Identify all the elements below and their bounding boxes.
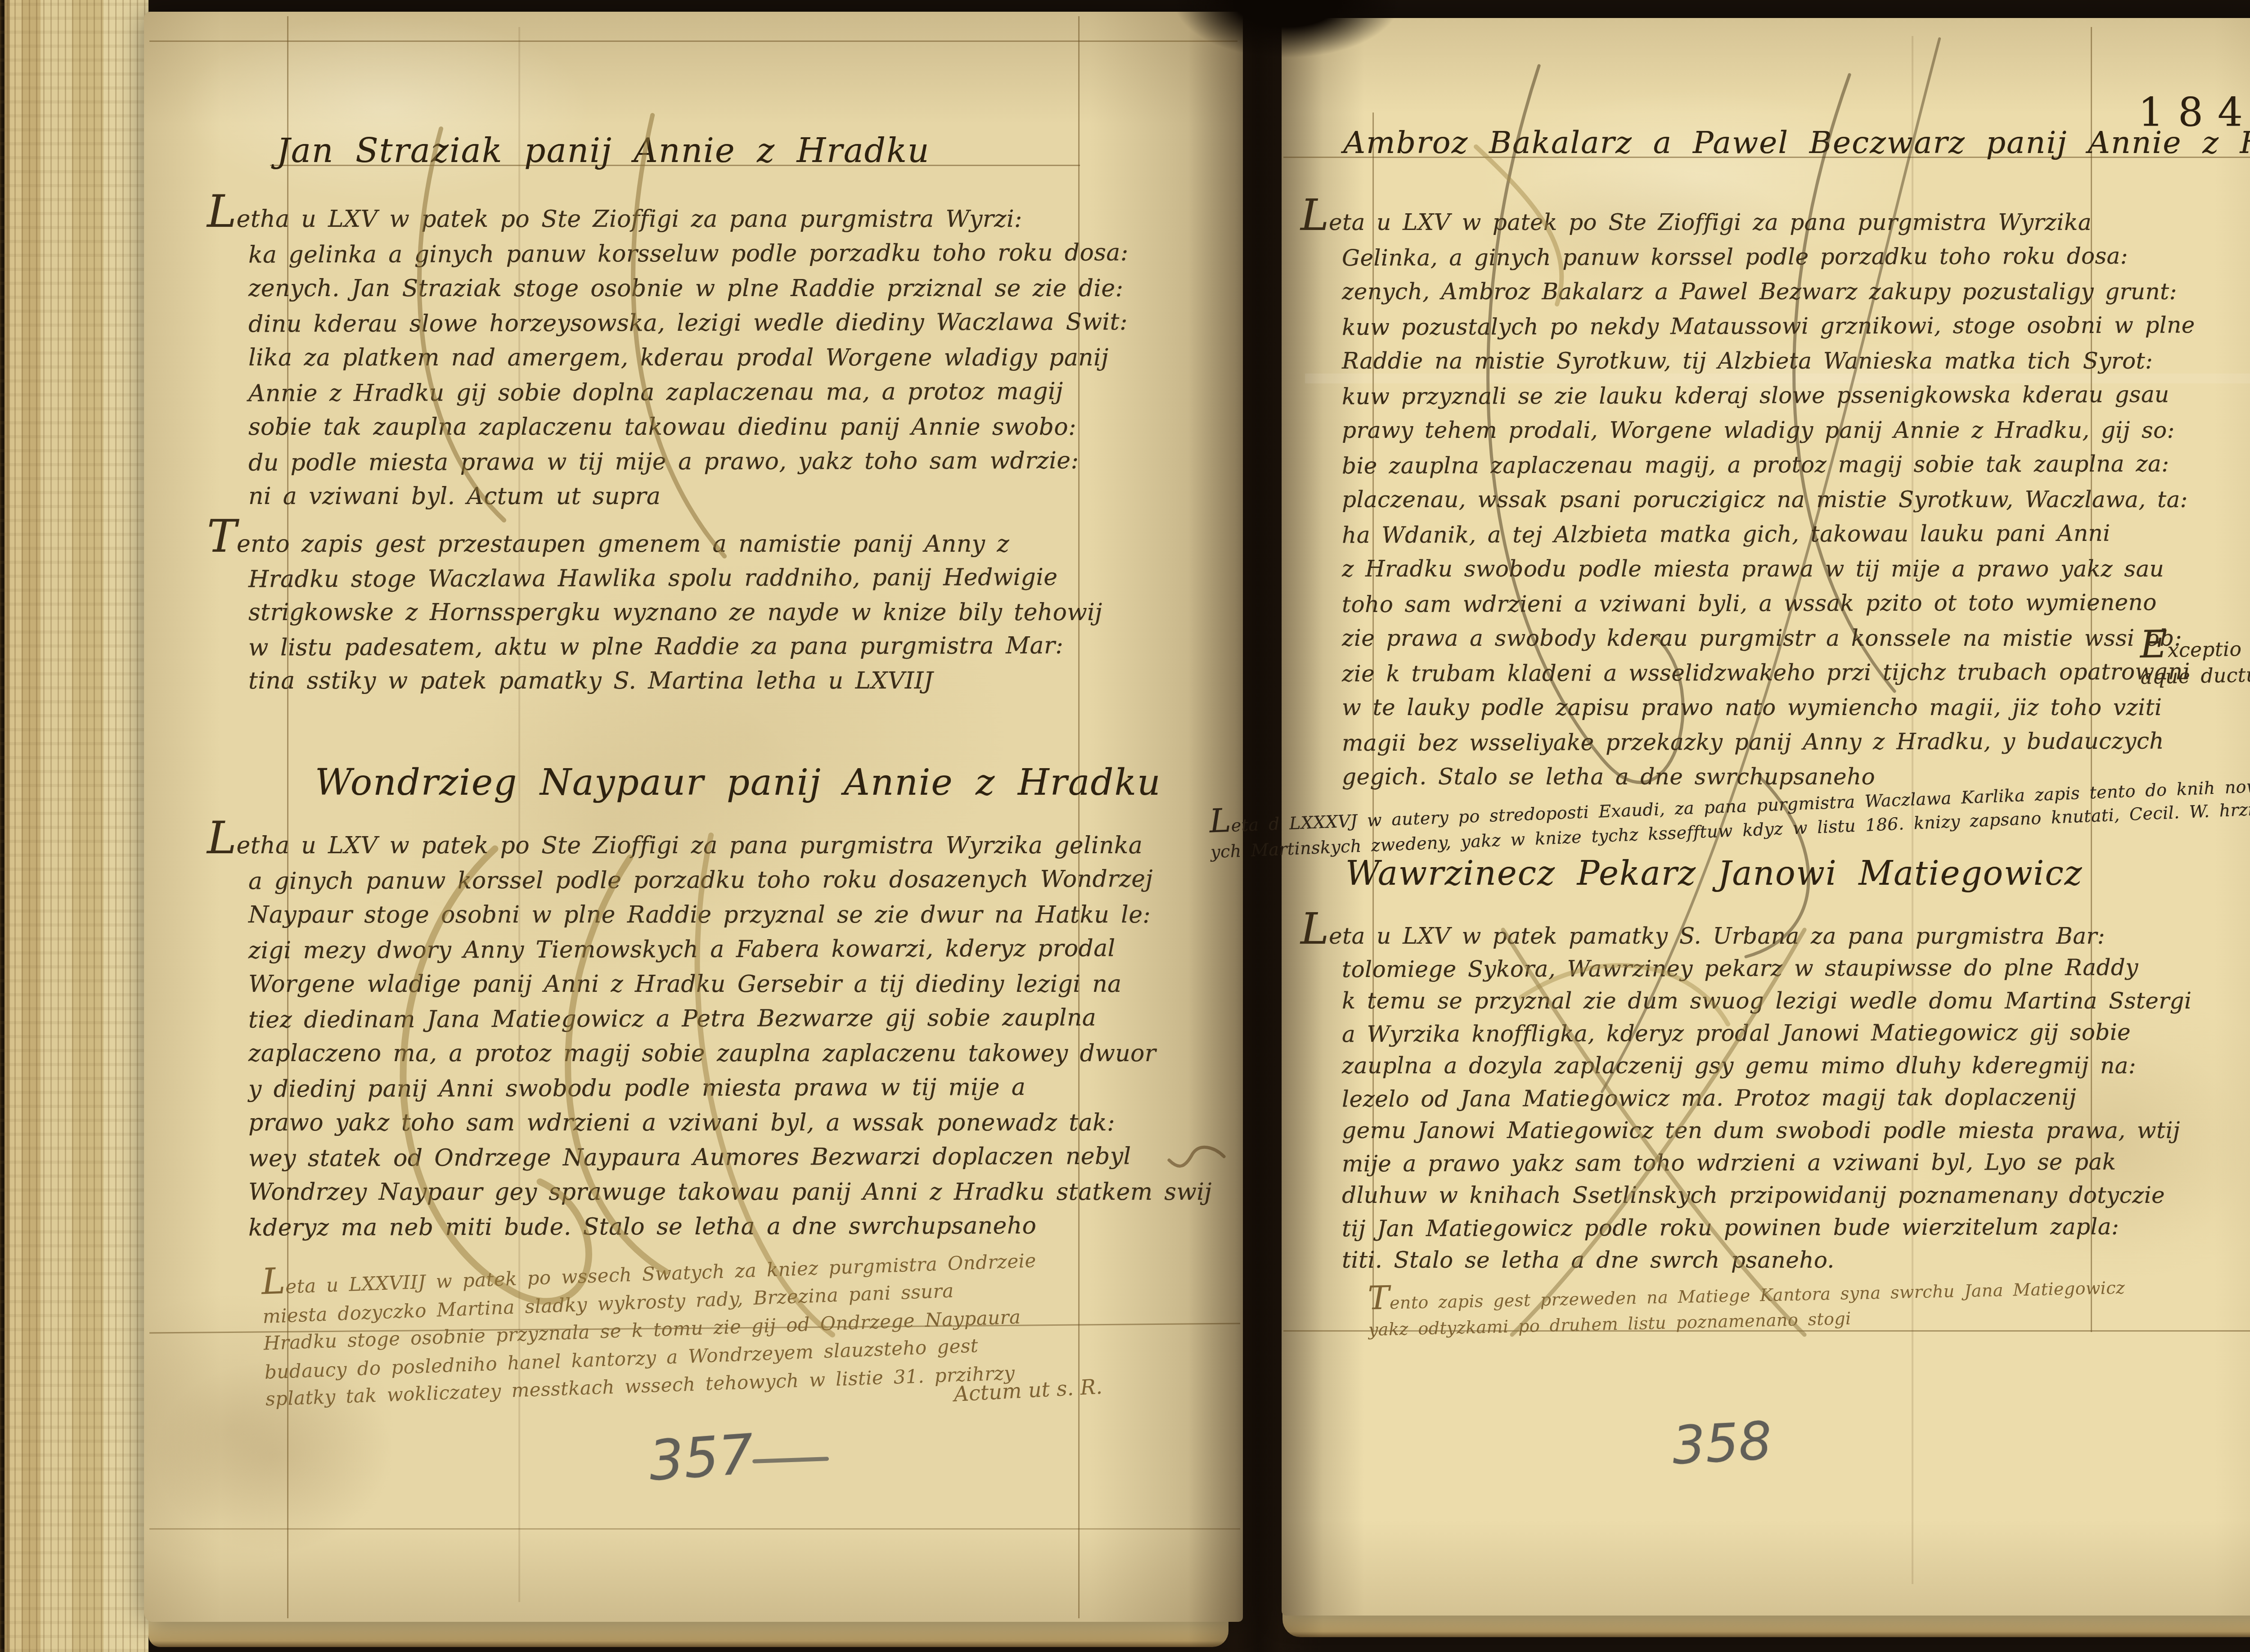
manuscript-line: ha Wdanik, a tej Alzbieta matka gich, ta… <box>1342 516 2089 553</box>
manuscript-line: kuw pozustalych po nekdy Mataussowi grzn… <box>1342 308 2089 345</box>
entry-body: Letha u LXV w patek po Ste Zioffigi za p… <box>248 823 1106 1244</box>
manuscript-line: Wondrzey Naypaur gey sprawuge takowau pa… <box>248 1175 1106 1210</box>
manuscript-line: prawo yakz toho sam wdrzieni a vziwani b… <box>248 1106 1106 1140</box>
entry-note: Tento zapis gest przestaupen gmenem a na… <box>248 521 1103 698</box>
manuscript-line: lika za platkem nad amergem, kderau prod… <box>248 341 1103 375</box>
entry-heading: Jan Straziak panij Annie z Hradku <box>277 131 930 170</box>
manuscript-line: Letha u LXV w patek po Ste Zioffigi za p… <box>207 196 1103 237</box>
manuscript-line: sobie tak zauplna zaplaczenu takowau die… <box>248 410 1103 445</box>
manuscript-line: placzenau, wssak psani poruczigicz na mi… <box>1342 482 2089 517</box>
ruled-line <box>149 41 1237 42</box>
manuscript-line: toho sam wdrzieni a vziwani byli, a wssa… <box>1342 585 2089 622</box>
manuscript-line: dinu kderau slowe horzeysowska, lezigi w… <box>248 305 1103 342</box>
manuscript-line: ka gelinka a ginych panuw korsseluw podl… <box>248 236 1103 273</box>
manuscript-line: zaplaczeno ma, a protoz magij sobie zaup… <box>248 1036 1106 1071</box>
entry-heading: Wawrzinecz Pekarz Janowi Matiegowicz <box>1345 854 2083 893</box>
entry-body: Letha u LXV w patek po Ste Zioffigi za p… <box>248 196 1103 514</box>
manuscript-line: a Wyrzika knoffligka, kderyz prodal Jano… <box>1342 1016 2091 1050</box>
manuscript-line: bie zauplna zaplaczenau magij, a protoz … <box>1342 447 2089 483</box>
manuscript-line: titi. Stalo se letha a dne swrch psaneho… <box>1342 1244 2091 1276</box>
manuscript-line: Gelinka, a ginych panuw korssel podle po… <box>1342 239 2089 275</box>
manuscript-line: a ginych panuw korssel podle porzadku to… <box>248 862 1106 899</box>
manuscript-line: kderyz ma neb miti bude. Stalo se letha … <box>248 1209 1106 1246</box>
manuscript-line: kuw przyznali se zie lauku kderaj slowe … <box>1342 378 2089 414</box>
manuscript-line: zie prawa a swobody kderau purgmistr a k… <box>1342 621 2089 656</box>
book-photo: Jan Straziak panij Annie z Hradku Letha … <box>0 0 2250 1652</box>
ruled-line <box>149 1528 1240 1530</box>
manuscript-line: Tento zapis gest przestaupen gmenem a na… <box>207 521 1103 561</box>
entry-heading: Ambroz Bakalarz a Pawel Beczwarz panij A… <box>1343 125 2250 161</box>
manuscript-line: wey statek od Ondrzege Naypaura Aumores … <box>248 1139 1106 1176</box>
manuscript-line: Worgene wladige panij Anni z Hradku Gers… <box>248 967 1106 1002</box>
manuscript-line: Leta u LXV w patek po Ste Zioffigi za pa… <box>1300 201 2089 240</box>
manuscript-line: Letha u LXV w patek po Ste Zioffigi za p… <box>207 823 1106 863</box>
manuscript-line: dluhuw w knihach Ssetlinskych przipowida… <box>1342 1179 2091 1211</box>
manuscript-line: magii bez wsseliyake przekazky panij Ann… <box>1342 724 2089 761</box>
manuscript-line: mije a prawo yakz sam toho wdrzieni a vz… <box>1342 1146 2091 1180</box>
entry-body: Leta u LXV w patek pamatky S. Urbana za … <box>1342 914 2091 1276</box>
manuscript-line: w listu padesatem, aktu w plne Raddie za… <box>248 629 1103 665</box>
manuscript-line: Naypaur stoge osobni w plne Raddie przyz… <box>248 898 1106 932</box>
manuscript-line: tiez diedinam Jana Matiegowicz a Petra B… <box>248 1001 1106 1038</box>
manuscript-line: zenych. Jan Straziak stoge osobnie w pln… <box>248 271 1103 306</box>
manuscript-line: Annie z Hradku gij sobie doplna zaplacze… <box>248 374 1103 411</box>
manuscript-line: zenych, Ambroz Bakalarz a Pawel Bezwarz … <box>1342 275 2089 309</box>
entry-body: Leta u LXV w patek po Ste Zioffigi za pa… <box>1342 201 2089 794</box>
manuscript-line: zie k trubam kladeni a wsselidzwakeho pr… <box>1342 655 2089 691</box>
manuscript-line: Exceptio de libertate <box>2140 627 2250 664</box>
manuscript-line: tina sstiky w patek pamatky S. Martina l… <box>248 664 1103 698</box>
manuscript-line: gemu Janowi Matiegowicz ten dum swobodi … <box>1342 1114 2091 1147</box>
margin-note: Exceptio de libertateaque ductus <box>2140 627 2250 690</box>
manuscript-line: zigi mezy dwory Anny Tiemowskych a Faber… <box>248 932 1106 968</box>
entry-heading: Wondrzieg Naypaur panij Annie z Hradku <box>315 761 1161 803</box>
manuscript-line: zauplna a dozyla zaplaczenij gsy gemu mi… <box>1342 1049 2091 1082</box>
manuscript-line: y diedinj panij Anni swobodu podle miest… <box>248 1070 1106 1107</box>
pencil-page-number: 357 <box>647 1422 756 1493</box>
pencil-page-number: 358 <box>1671 1410 1773 1476</box>
manuscript-line: du podle miesta prawa w tij mije a prawo… <box>248 444 1103 481</box>
manuscript-line: tij Jan Matiegowicz podle roku powinen b… <box>1342 1211 2091 1245</box>
manuscript-line: tolomiege Sykora, Wawrziney pekarz w sta… <box>1342 951 2091 986</box>
manuscript-line: prawy tehem prodali, Worgene wladigy pan… <box>1342 413 2089 448</box>
manuscript-line: Raddie na mistie Syrotkuw, tij Alzbieta … <box>1342 344 2089 378</box>
manuscript-line: z Hradku swobodu podle miesta prawa w ti… <box>1342 552 2089 586</box>
manuscript-line: ni a vziwani byl. Actum ut supra <box>248 479 1103 514</box>
manuscript-line: strigkowske z Hornsspergku wyznano ze na… <box>248 595 1103 630</box>
page-stack-left-edge <box>0 0 148 1652</box>
manuscript-line: aque ductus <box>2140 659 2250 690</box>
manuscript-line: k temu se przyznal zie dum swuog lezigi … <box>1342 985 2091 1017</box>
manuscript-line: lezelo od Jana Matiegowicz ma. Protoz ma… <box>1342 1081 2091 1115</box>
manuscript-line: Leta u LXV w patek pamatky S. Urbana za … <box>1300 914 2091 952</box>
manuscript-line: Hradku stoge Waczlawa Hawlika spolu radd… <box>248 560 1103 597</box>
manuscript-line: w te lauky podle zapisu prawo nato wymie… <box>1342 690 2089 725</box>
